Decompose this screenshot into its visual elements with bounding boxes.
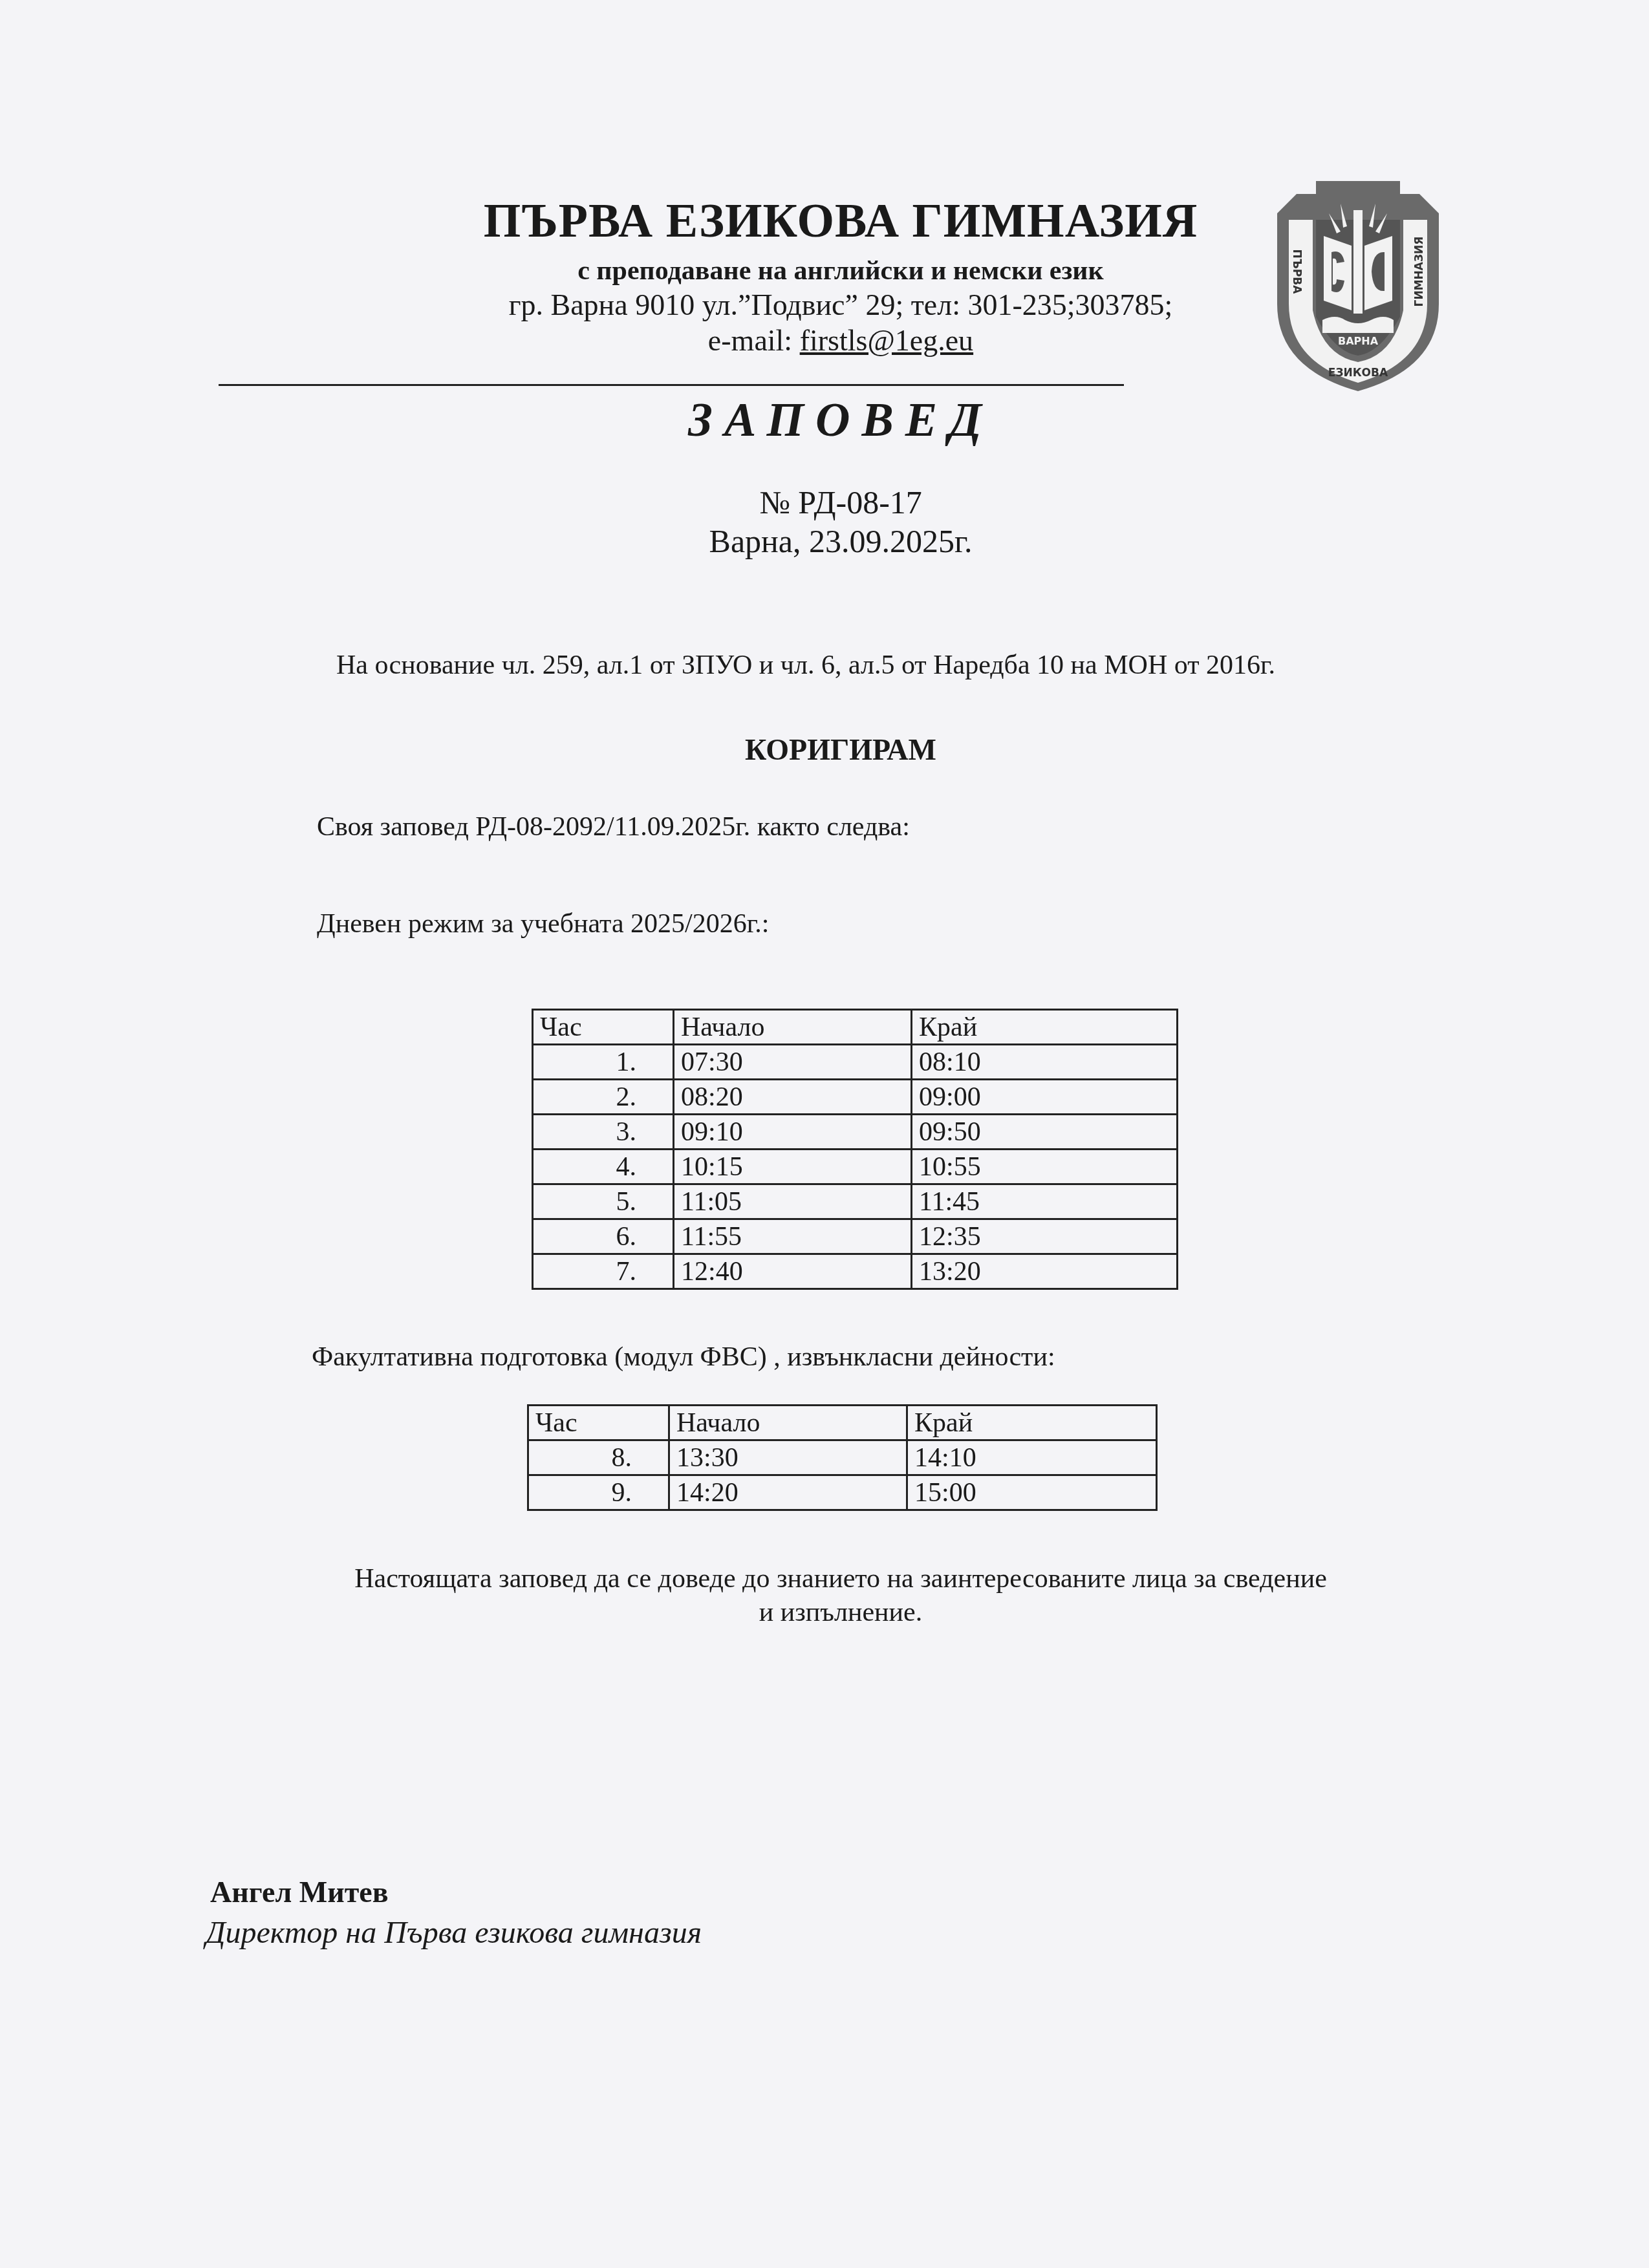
optional-schedule-table: Час Начало Край 8.13:3014:109.14:2015:00 — [527, 1404, 1158, 1511]
cell-hour: 5. — [533, 1184, 674, 1219]
cell-end: 12:35 — [912, 1219, 1178, 1254]
cell-hour: 1. — [533, 1045, 674, 1080]
school-email-line: e-mail: firstls@1eg.eu — [453, 323, 1229, 358]
cell-start: 14:20 — [669, 1475, 907, 1510]
cell-start: 08:20 — [674, 1080, 912, 1115]
cell-hour: 8. — [528, 1440, 669, 1475]
table-row: 4.10:1510:55 — [533, 1150, 1178, 1184]
header-hour: Час — [528, 1406, 669, 1440]
table-row: 3.09:1009:50 — [533, 1115, 1178, 1150]
regime-heading: Дневен режим за учебната 2025/2026г.: — [317, 908, 769, 939]
table-header-row: Час Начало Край — [528, 1406, 1157, 1440]
document-title: ЗАПОВЕД — [582, 393, 1099, 448]
cell-hour: 2. — [533, 1080, 674, 1115]
cell-end: 13:20 — [912, 1254, 1178, 1289]
school-subtitle: с преподаване на английски и немски език — [453, 255, 1229, 286]
optional-heading: Факултативна подготовка (модул ФВС) , из… — [312, 1342, 1055, 1373]
table-row: 2.08:2009:00 — [533, 1080, 1178, 1115]
document-page: ПЪРВА ЕЗИКОВА ГИМНАЗИЯ с преподаване на … — [0, 0, 1649, 2268]
order-place-date: Варна, 23.09.2025г. — [582, 522, 1099, 560]
cell-end: 08:10 — [912, 1045, 1178, 1080]
school-name: ПЪРВА ЕЗИКОВА ГИМНАЗИЯ — [453, 194, 1229, 249]
table-row: 6.11:5512:35 — [533, 1219, 1178, 1254]
table-row: 7.12:4013:20 — [533, 1254, 1178, 1289]
table-row: 8.13:3014:10 — [528, 1440, 1157, 1475]
cell-start: 10:15 — [674, 1150, 912, 1184]
cell-end: 09:50 — [912, 1115, 1178, 1150]
cell-end: 15:00 — [907, 1475, 1157, 1510]
header-start: Начало — [674, 1010, 912, 1045]
cell-start: 11:05 — [674, 1184, 912, 1219]
cell-hour: 6. — [533, 1219, 674, 1254]
main-schedule-table: Час Начало Край 1.07:3008:102.08:2009:00… — [532, 1009, 1178, 1290]
cell-hour: 3. — [533, 1115, 674, 1150]
svg-text:ПЪРВА: ПЪРВА — [1290, 250, 1303, 295]
svg-text:ГИМНАЗИЯ: ГИМНАЗИЯ — [1413, 237, 1426, 307]
school-crest-icon: ВАРНА ПЪРВА ГИМНАЗИЯ ЕЗИКОВА — [1264, 175, 1452, 394]
cell-end: 11:45 — [912, 1184, 1178, 1219]
cell-start: 11:55 — [674, 1219, 912, 1254]
order-number: № РД-08-17 — [582, 484, 1099, 521]
cell-hour: 9. — [528, 1475, 669, 1510]
cell-end: 10:55 — [912, 1150, 1178, 1184]
signer-name: Ангел Митев — [210, 1875, 389, 1909]
cell-hour: 7. — [533, 1254, 674, 1289]
cell-start: 13:30 — [669, 1440, 907, 1475]
school-address: гр. Варна 9010 ул.”Подвис” 29; тел: 301-… — [453, 288, 1229, 322]
table-row: 5.11:0511:45 — [533, 1184, 1178, 1219]
cell-end: 09:00 — [912, 1080, 1178, 1115]
cell-hour: 4. — [533, 1150, 674, 1184]
cell-start: 12:40 — [674, 1254, 912, 1289]
legal-basis: На основание чл. 259, ал.1 от ЗПУО и чл.… — [336, 650, 1474, 681]
svg-text:ВАРНА: ВАРНА — [1338, 335, 1379, 347]
header-end: Край — [907, 1406, 1157, 1440]
header-end: Край — [912, 1010, 1178, 1045]
cell-start: 07:30 — [674, 1045, 912, 1080]
signer-title: Директор на Първа езикова гимназия — [206, 1915, 702, 1951]
decision-heading: КОРИГИРАМ — [582, 733, 1099, 767]
cell-end: 14:10 — [907, 1440, 1157, 1475]
closing-text-line-1: Настоящата заповед да се доведе до знани… — [194, 1563, 1487, 1594]
header-divider — [219, 384, 1124, 386]
header-hour: Час — [533, 1010, 674, 1045]
email-label: e-mail: — [708, 324, 800, 357]
table-row: 9.14:2015:00 — [528, 1475, 1157, 1510]
svg-text:ЕЗИКОВА: ЕЗИКОВА — [1328, 367, 1388, 380]
table-row: 1.07:3008:10 — [533, 1045, 1178, 1080]
table-header-row: Час Начало Край — [533, 1010, 1178, 1045]
correction-text: Своя заповед РД-08-2092/11.09.2025г. как… — [317, 811, 910, 842]
header-start: Начало — [669, 1406, 907, 1440]
email-link[interactable]: firstls@1eg.eu — [800, 324, 973, 357]
cell-start: 09:10 — [674, 1115, 912, 1150]
closing-text-line-2: и изпълнение. — [194, 1597, 1487, 1628]
